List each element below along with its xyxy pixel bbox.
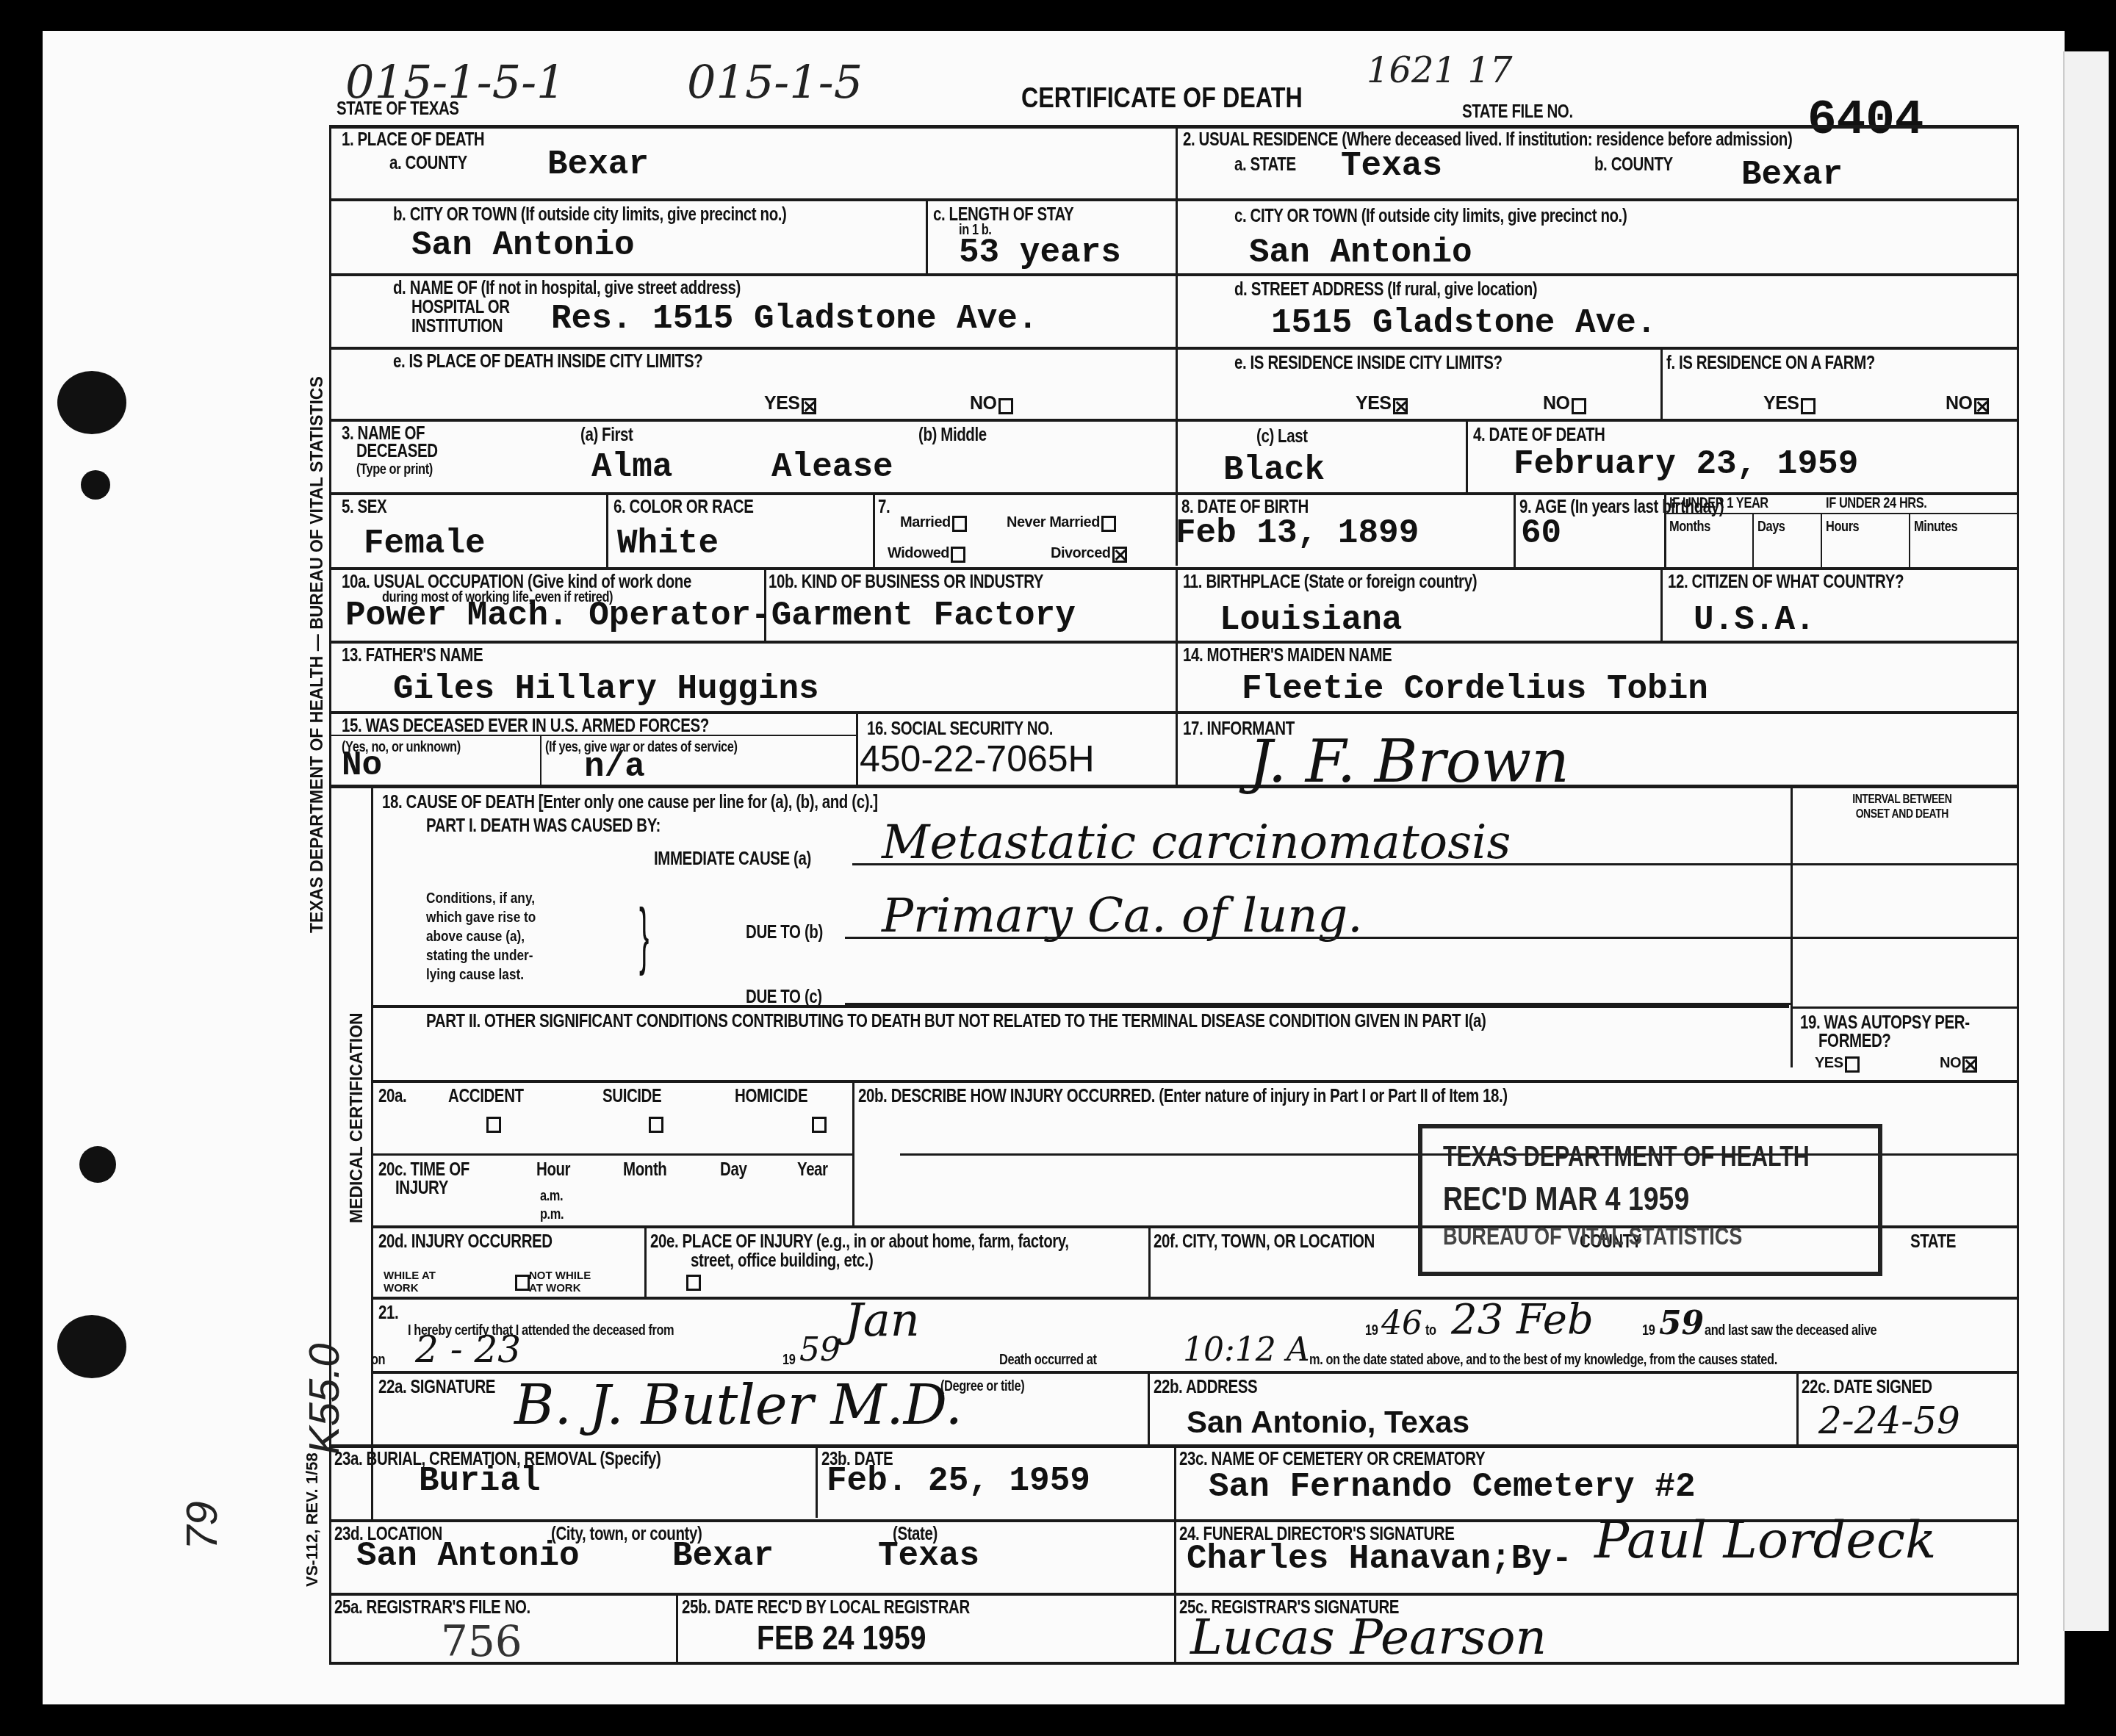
last-label: (c) Last: [1256, 426, 1308, 447]
registrar-date: FEB 24 1959: [757, 1618, 926, 1657]
last-seen-year: 59: [799, 1331, 841, 1369]
time-injury-label-2: INJURY: [395, 1178, 448, 1199]
date-of-birth: Feb 13, 1899: [1176, 514, 1419, 552]
place-of-death-label: 1. PLACE OF DEATH: [342, 129, 484, 151]
death-time: 10:12 A: [1183, 1331, 1310, 1369]
cemetery-label: 23c. NAME OF CEMETERY OR CREMATORY: [1179, 1449, 1485, 1470]
cemetery-name: San Fernando Cemetery #2: [1209, 1468, 1696, 1506]
rule: [1909, 513, 1910, 567]
due-b-label: DUE TO (b): [746, 922, 823, 943]
death-county: Bexar: [547, 145, 649, 184]
res-state-label: a. STATE: [1234, 154, 1296, 176]
rule: [816, 1444, 818, 1518]
middle-label: (b) Middle: [918, 425, 987, 446]
rule: [1791, 785, 1793, 1067]
part2-label: PART II. OTHER SIGNIFICANT CONDITIONS CO…: [426, 1011, 1486, 1032]
checkbox-checked[interactable]: [1393, 398, 1408, 414]
rule: [1660, 347, 1663, 419]
accident-checkbox[interactable]: [486, 1117, 501, 1133]
father-name: Giles Hillary Huggins: [393, 670, 819, 708]
occupation-business: Power Mach. Operator-Garment Factory: [345, 597, 1076, 635]
checkbox-checked[interactable]: [1974, 398, 1989, 414]
hour-label: Hour: [536, 1159, 570, 1181]
checkbox[interactable]: [1101, 516, 1116, 532]
on-label: on: [371, 1352, 385, 1369]
year-label: Year: [797, 1159, 828, 1181]
rule: [1752, 513, 1754, 567]
checkbox-checked[interactable]: [1112, 547, 1127, 563]
rule: [1791, 937, 2017, 939]
cert-text-2: and last saw the deceased alive: [1705, 1322, 1876, 1339]
rule: [1821, 513, 1822, 567]
rule: [1466, 419, 1468, 492]
attended-from-year: 46: [1381, 1305, 1422, 1342]
place-injury-label-2: street, office building, etc.): [691, 1250, 874, 1272]
inside-limits-label: e. IS PLACE OF DEATH INSIDE CITY LIMITS?: [393, 351, 702, 372]
immediate-cause: Metastatic carcinomatosis: [882, 815, 1511, 870]
rule: [329, 125, 2019, 129]
certificate-title: CERTIFICATE OF DEATH: [1021, 83, 1303, 115]
handwritten-code-2: 015-1-5: [687, 55, 863, 109]
rule: [329, 711, 2019, 714]
attended-to-date: 23 Feb: [1451, 1296, 1594, 1344]
rule: [371, 1005, 1789, 1008]
received-stamp: TEXAS DEPARTMENT OF HEALTH REC'D MAR 4 1…: [1418, 1124, 1882, 1276]
armed-forces: No: [342, 746, 382, 785]
due-to-b: Primary Ca. of lung.: [882, 889, 1363, 943]
informant-signature: J. F. Brown: [1249, 727, 1569, 796]
date-of-death: February 23, 1959: [1514, 445, 1858, 483]
sex: Female: [364, 525, 486, 563]
handwritten-ref: 1621 17: [1367, 50, 1513, 91]
conditions-note: Conditions, if any, which gave rise to a…: [426, 889, 536, 984]
res-city: San Antonio: [1249, 234, 1472, 272]
checkbox[interactable]: [951, 547, 965, 563]
suicide-checkbox[interactable]: [649, 1117, 663, 1133]
bureau-vertical-label: TEXAS DEPARTMENT OF HEALTH — BUREAU OF V…: [307, 376, 327, 933]
rule: [371, 1297, 2017, 1300]
ssn-label: 16. SOCIAL SECURITY NO.: [867, 718, 1053, 740]
immediate-label: IMMEDIATE CAUSE (a): [654, 849, 811, 870]
rule: [856, 711, 858, 785]
signature-label: 22a. SIGNATURE: [378, 1377, 495, 1398]
attended-from-month: Jan: [845, 1293, 920, 1347]
checkbox-checked[interactable]: [802, 398, 816, 414]
attended-to-year: 59: [1659, 1305, 1704, 1342]
sex-label: 5. SEX: [342, 497, 386, 518]
punch-hole: [79, 1146, 116, 1183]
punch-hole: [81, 470, 110, 500]
rule: [873, 492, 875, 567]
rule: [329, 641, 2019, 644]
race: White: [617, 525, 719, 563]
registrar-date-label: 25b. DATE REC'D BY LOCAL REGISTRAR: [682, 1597, 970, 1618]
pm-label: p.m.: [540, 1206, 564, 1223]
age: 60: [1521, 514, 1561, 552]
bracket: }: [639, 893, 649, 978]
rule: [606, 492, 608, 567]
burial-county: Bexar: [672, 1537, 774, 1575]
place-injury-label: 20e. PLACE OF INJURY (e.g., in or about …: [650, 1231, 1069, 1253]
marital-divorced[interactable]: Divorced: [1051, 545, 1127, 563]
last-seen-year-prefix: 19: [782, 1352, 795, 1369]
res-street-label: d. STREET ADDRESS (If rural, give locati…: [1234, 279, 1537, 300]
punch-hole: [57, 371, 126, 434]
burial-state: Texas: [878, 1537, 979, 1575]
rule: [329, 273, 2019, 276]
city-label: b. CITY OR TOWN (If outside city limits,…: [393, 204, 786, 226]
marital-label: 7.: [878, 497, 890, 518]
suicide-label: SUICIDE: [602, 1086, 661, 1107]
death-at-label: Death occurred at: [999, 1352, 1096, 1369]
checkbox[interactable]: [1572, 398, 1586, 414]
hospital-label-2: HOSPITAL OR: [411, 297, 510, 318]
medical-certification-label: MEDICAL CERTIFICATION: [347, 1012, 367, 1223]
burial-method: Burial: [419, 1462, 541, 1500]
not-while-at-work-checkbox[interactable]: [686, 1275, 701, 1291]
part1-label: PART I. DEATH WAS CAUSED BY:: [426, 815, 661, 837]
rule: [676, 1593, 678, 1664]
rule: [845, 937, 1793, 939]
residence-label: 2. USUAL RESIDENCE (Where deceased lived…: [1183, 129, 1792, 151]
res-street: 1515 Gladstone Ave.: [1271, 304, 1657, 342]
describe-injury-label: 20b. DESCRIBE HOW INJURY OCCURRED. (Ente…: [858, 1086, 1508, 1107]
hospital-label: d. NAME OF (If not in hospital, give str…: [393, 278, 741, 299]
not-while-at-work[interactable]: NOT WHILE AT WORK: [529, 1269, 602, 1294]
injury-state-label: STATE: [1910, 1231, 1956, 1253]
rule: [1514, 492, 1516, 567]
burial-date: Feb. 25, 1959: [827, 1462, 1090, 1500]
rule: [371, 1153, 852, 1156]
registrar-file-label: 25a. REGISTRAR'S FILE NO.: [334, 1597, 530, 1618]
rule: [1796, 1371, 1799, 1444]
rule: [926, 198, 928, 273]
month-label: Month: [623, 1159, 666, 1181]
middle-name: Alease: [771, 448, 893, 486]
funeral-director-signature: Paul Lordeck: [1594, 1510, 1936, 1570]
farm-label: f. IS RESIDENCE ON A FARM?: [1666, 353, 1875, 374]
first-name: Alma: [591, 448, 672, 486]
rule: [329, 419, 2019, 422]
res-county-label: b. COUNTY: [1594, 154, 1673, 176]
rule: [1664, 513, 2017, 514]
rule: [1664, 492, 1666, 567]
burial-city: San Antonio: [356, 1537, 580, 1575]
rule: [2017, 125, 2019, 1664]
funeral-director: Charles Hanavan;By-: [1187, 1540, 1572, 1578]
rule: [1660, 567, 1663, 641]
address-label: 22b. ADDRESS: [1154, 1377, 1257, 1398]
interval-label: INTERVAL BETWEEN ONSET AND DEATH: [1848, 792, 1957, 821]
county-label: a. COUNTY: [389, 153, 467, 174]
rule: [1176, 567, 1178, 785]
injury-occurred-label: 20d. INJURY OCCURRED: [378, 1231, 553, 1253]
checkbox-checked[interactable]: [1962, 1056, 1977, 1073]
physician-signature: B. J. Butler M.D.: [514, 1374, 962, 1437]
form-number: VS-112, REV. 1/58: [303, 1452, 322, 1587]
armed-label: 15. WAS DECEASED EVER IN U.S. ARMED FORC…: [342, 716, 709, 737]
death-city: San Antonio: [411, 226, 635, 264]
rule: [329, 567, 2019, 570]
accident-label: ACCIDENT: [448, 1086, 524, 1107]
to-year-prefix: 19: [1642, 1322, 1655, 1339]
am-label: a.m.: [540, 1188, 563, 1205]
state-file-label: STATE FILE NO.: [1462, 101, 1573, 123]
rule: [1791, 863, 2017, 865]
date-signed-label: 22c. DATE SIGNED: [1802, 1377, 1932, 1398]
birthplace-label: 11. BIRTHPLACE (State or foreign country…: [1183, 572, 1477, 593]
while-at-work[interactable]: WHILE AT WORK: [384, 1269, 450, 1294]
while-at-work-checkbox[interactable]: [515, 1275, 530, 1291]
dod-label: 4. DATE OF DEATH: [1473, 425, 1605, 446]
days-label: Days: [1757, 519, 1785, 536]
rule: [540, 735, 541, 785]
mother-label: 14. MOTHER'S MAIDEN NAME: [1183, 645, 1392, 666]
hospital-label-3: INSTITUTION: [411, 316, 503, 337]
months-label: Months: [1669, 519, 1710, 536]
state-label: STATE OF TEXAS: [337, 98, 459, 120]
rule: [329, 125, 331, 1664]
rule: [1148, 1371, 1150, 1444]
name-label-3: (Type or print): [356, 461, 433, 478]
rule: [852, 1080, 854, 1227]
autopsy-yes[interactable]: YES: [1815, 1055, 1860, 1073]
cert-text-3: m. on the date stated above, and to the …: [1309, 1352, 1777, 1369]
res-inside-no[interactable]: NO: [1543, 393, 1586, 414]
armed-service: n/a: [584, 748, 645, 786]
business-label: 10b. KIND OF BUSINESS OR INDUSTRY: [769, 572, 1043, 593]
checkbox[interactable]: [952, 516, 967, 532]
ssn: 450-22-7065H: [860, 738, 1095, 780]
under-1-year-label: IF UNDER 1 YEAR: [1669, 495, 1768, 512]
res-inside-yes[interactable]: YES: [1356, 393, 1408, 414]
mother-maiden-name: Fleetie Cordelius Tobin: [1242, 670, 1708, 708]
rule: [329, 1593, 2019, 1596]
rule: [371, 785, 373, 1519]
death-inside-yes[interactable]: YES: [764, 393, 816, 414]
res-city-label: c. CITY OR TOWN (If outside city limits,…: [1234, 206, 1627, 227]
date-signed: 2-24-59: [1818, 1400, 1960, 1442]
injury-city-label: 20f. CITY, TOWN, OR LOCATION: [1154, 1231, 1375, 1253]
farm-no[interactable]: NO: [1946, 393, 1989, 414]
state-file-no: 6404: [1807, 93, 1924, 148]
from-year-prefix: 19: [1365, 1322, 1378, 1339]
hospital-or-address: Res. 1515 Gladstone Ave.: [551, 300, 1038, 338]
rule: [1791, 1006, 2017, 1009]
homicide-checkbox[interactable]: [812, 1117, 827, 1133]
stay-label: c. LENGTH OF STAY: [933, 204, 1073, 226]
res-inside-label: e. IS RESIDENCE INSIDE CITY LIMITS?: [1234, 353, 1503, 374]
rule: [644, 1225, 647, 1297]
first-label: (a) First: [580, 425, 633, 446]
checkbox[interactable]: [1801, 398, 1815, 414]
death-inside-no[interactable]: NO: [970, 393, 1013, 414]
rule: [371, 1080, 2017, 1083]
marital-never-married[interactable]: Never Married: [1007, 514, 1116, 532]
marital-widowed[interactable]: Widowed: [888, 545, 965, 563]
autopsy-no[interactable]: NO: [1940, 1055, 1977, 1073]
res-county: Bexar: [1741, 156, 1843, 194]
rule: [1148, 1225, 1151, 1297]
homicide-label: HOMICIDE: [735, 1086, 807, 1107]
last-name: Black: [1223, 451, 1325, 489]
day-label: Day: [720, 1159, 746, 1181]
rule: [329, 735, 858, 736]
physician-address: San Antonio, Texas: [1187, 1405, 1469, 1440]
marital-married[interactable]: Married: [900, 514, 967, 532]
birthplace: Louisiana: [1220, 601, 1402, 639]
autopsy-label-2: FORMED?: [1818, 1031, 1890, 1052]
cert-num: 21.: [378, 1303, 398, 1324]
margin-handwriting-2: 79: [176, 1501, 227, 1550]
father-label: 13. FATHER'S NAME: [342, 645, 483, 666]
hours-label: Hours: [1826, 519, 1859, 536]
rule: [329, 785, 2019, 788]
injury-type-label: 20a.: [378, 1086, 406, 1107]
rule: [852, 863, 1793, 865]
checkbox[interactable]: [998, 398, 1013, 414]
registrar-file-no: 756: [441, 1616, 522, 1666]
registrar-signature: Lucas Pearson: [1190, 1609, 1547, 1665]
under-24-hrs-label: IF UNDER 24 HRS.: [1826, 495, 1926, 512]
to-label: to: [1425, 1322, 1436, 1339]
rule: [1174, 1444, 1176, 1665]
margin-handwriting: K55.0: [300, 1343, 349, 1455]
race-label: 6. COLOR OR RACE: [613, 497, 753, 518]
rule: [1176, 125, 1178, 566]
length-of-stay: 53 years: [959, 234, 1121, 272]
citizen-label: 12. CITIZEN OF WHAT COUNTRY?: [1668, 572, 1904, 593]
checkbox[interactable]: [1845, 1056, 1860, 1073]
minutes-label: Minutes: [1914, 519, 1957, 536]
res-state: Texas: [1341, 147, 1442, 185]
citizen: U.S.A.: [1694, 601, 1815, 639]
punch-hole: [57, 1315, 126, 1378]
name-label-2: DECEASED: [356, 441, 438, 462]
rule: [329, 198, 2019, 201]
last-seen-date: 2 - 23: [415, 1328, 521, 1371]
cause-label: 18. CAUSE OF DEATH [Enter only one cause…: [382, 792, 878, 813]
rule: [329, 347, 2019, 350]
farm-yes[interactable]: YES: [1763, 393, 1815, 414]
paper-edge: [2063, 51, 2109, 1631]
